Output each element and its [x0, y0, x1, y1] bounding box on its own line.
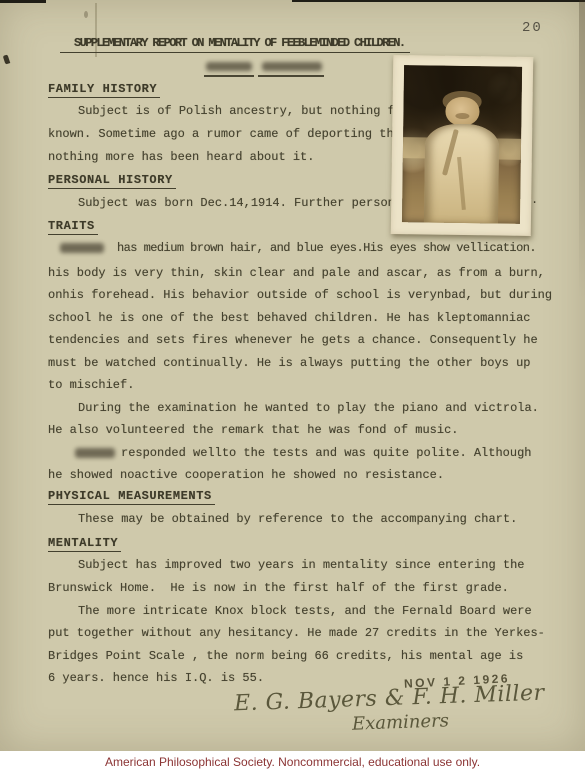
scan-shadow-artifact	[579, 0, 585, 300]
section-heading-physical-measurements: PHYSICAL MEASUREMENTS	[48, 489, 215, 505]
body-line: put together without any hesitancy. He m…	[48, 626, 545, 640]
photo-card	[391, 55, 533, 236]
examiner-signature-role: Examiners	[352, 710, 450, 734]
body-line: to mischief.	[48, 378, 134, 392]
section-heading-family-history: FAMILY HISTORY	[48, 82, 160, 98]
image-footer: American Philosophical Society. Noncomme…	[0, 751, 585, 772]
document-title: SUPPLEMENTARY REPORT ON MENTALITY OF FEE…	[60, 36, 410, 53]
body-line: onhis forehead. His behavior outside of …	[48, 288, 552, 302]
photo-boy-head	[446, 97, 479, 126]
body-line: These may be obtained by reference to th…	[78, 512, 517, 526]
archive-credit-text: American Philosophical Society. Noncomme…	[105, 755, 480, 769]
body-line: responded wellto the tests and was quite…	[121, 446, 531, 460]
page-number: 20	[522, 20, 543, 36]
examiner-signature: E. G. Bayers & F. H. Miller	[234, 681, 545, 717]
section-heading-personal-history: PERSONAL HISTORY	[48, 173, 176, 189]
body-line: The more intricate Knox block tests, and…	[78, 604, 532, 618]
subject-portrait-photo	[402, 65, 522, 224]
ink-mark-artifact	[3, 54, 11, 64]
body-line: his body is very thin, skin clear and pa…	[48, 266, 545, 280]
scanned-document-page: 20 SUPPLEMENTARY REPORT ON MENTALITY OF …	[0, 0, 585, 753]
paper-stain-artifact	[84, 11, 88, 18]
body-line: nothing more has been heard about it.	[48, 150, 314, 164]
body-line: Brunswick Home. He is now in the first h…	[48, 581, 509, 595]
section-heading-mentality: MENTALITY	[48, 536, 121, 552]
section-heading-traits: TRAITS	[48, 219, 98, 235]
body-line: Subject has improved two years in mental…	[78, 558, 524, 572]
redacted-name-inline	[75, 448, 115, 458]
body-line: 6 years. hence his I.Q. is 55.	[48, 671, 264, 685]
body-line: has medium brown hair, and blue eyes.His…	[117, 241, 536, 255]
body-line: During the examination he wanted to play…	[78, 401, 539, 415]
stray-period-artifact: .	[531, 193, 538, 207]
body-line: he showed noactive cooperation he showed…	[48, 468, 444, 482]
body-line: Subject was born Dec.14,1914. Further pe…	[78, 196, 409, 210]
body-line: school he is one of the best behaved chi…	[48, 311, 530, 325]
redacted-name-inline	[60, 243, 104, 253]
body-line: known. Sometime ago a rumor came of depo…	[48, 127, 401, 141]
body-line: Subject is of Polish ancestry, but nothi…	[78, 104, 409, 118]
scan-edge-artifact	[0, 0, 46, 3]
body-line: must be watched continually. He is alway…	[48, 356, 530, 370]
screenshot-stage: 20 SUPPLEMENTARY REPORT ON MENTALITY OF …	[0, 0, 585, 772]
body-line: He also volunteered the remark that he w…	[48, 423, 458, 437]
body-line: tendencies and sets fires whenever he ge…	[48, 333, 538, 347]
body-line: Bridges Point Scale , the norm being 66 …	[48, 649, 523, 663]
scan-edge-artifact	[292, 0, 585, 2]
